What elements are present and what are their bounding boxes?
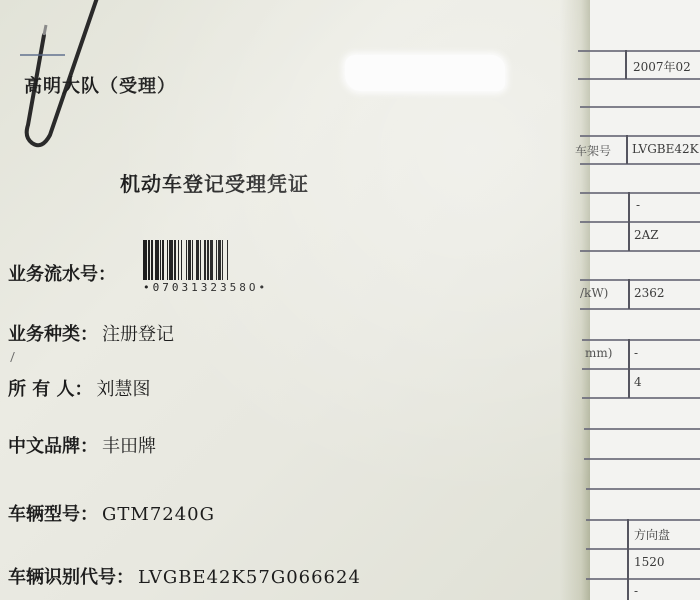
vin-label: 车辆识别代号： (8, 567, 134, 588)
form-rule (586, 578, 700, 580)
field-vin: 车辆识别代号：LVGBE42K57G066624 (8, 563, 361, 589)
serial-label: 业务流水号： (8, 264, 116, 285)
form-rule (584, 458, 700, 460)
form-rule (578, 78, 700, 80)
form-value-count: 4 (634, 375, 642, 389)
form-divider (628, 279, 630, 309)
paper-edge-shadow (560, 0, 590, 600)
form-divider (628, 192, 630, 251)
form-rule (580, 106, 700, 108)
barcode-icon (143, 240, 308, 280)
form-rule (582, 397, 700, 399)
model-value: GTM7240G (102, 504, 215, 525)
document-title: 机动车登记受理凭证 (120, 168, 309, 197)
underlying-form-sheet (590, 0, 700, 600)
form-value-dimension: - (634, 346, 638, 360)
form-rule (586, 548, 700, 550)
form-value-engine-model: 2AZ (634, 228, 659, 242)
form-divider (628, 339, 630, 398)
form-rule (580, 135, 700, 137)
form-divider (625, 50, 627, 79)
form-divider (627, 519, 629, 600)
form-value-displacement: 2362 (634, 286, 665, 300)
brand-label: 中文品牌： (8, 436, 98, 457)
form-rule (580, 250, 700, 252)
form-value-frame-number: LVGBE42K (632, 142, 699, 156)
owner-label: 所 有 人： (8, 379, 93, 400)
field-business-type: 业务种类：注册登记 (8, 320, 174, 346)
model-label: 车辆型号： (8, 504, 98, 525)
form-rule (586, 519, 700, 521)
field-vehicle-model: 车辆型号：GTM7240G (8, 500, 215, 526)
form-rule (582, 368, 700, 370)
registration-receipt: 高明大队（受理） 机动车登记受理凭证 业务流水号： •0703132358O• … (0, 0, 590, 600)
form-rule (580, 279, 700, 281)
barcode-digits: •0703132358O• (143, 281, 308, 294)
form-value-registration-date: 2007年02 (633, 58, 691, 75)
form-value-wheelbase: 1520 (634, 555, 665, 569)
field-brand: 中文品牌：丰田牌 (8, 432, 156, 458)
form-rule (584, 428, 700, 430)
form-value-blank-2: - (634, 584, 638, 598)
redacted-area (345, 55, 505, 91)
form-divider (626, 135, 628, 164)
form-rule (580, 308, 700, 310)
form-rule (586, 488, 700, 490)
form-rule (582, 339, 700, 341)
form-rule (580, 221, 700, 223)
serial-barcode: •0703132358O• (143, 240, 308, 294)
field-serial-number: 业务流水号： (8, 260, 116, 286)
business-type-label: 业务种类： (8, 324, 98, 345)
owner-value: 刘慧图 (97, 379, 151, 400)
vin-value: LVGBE42K57G066624 (138, 567, 361, 588)
form-label-frame-number: 车架号 (575, 142, 611, 159)
form-rule (580, 192, 700, 194)
form-rule (580, 163, 700, 165)
form-value-steering: 方向盘 (634, 526, 670, 543)
brand-value: 丰田牌 (102, 436, 156, 457)
form-value-blank: - (636, 198, 640, 212)
business-type-value: 注册登记 (102, 324, 174, 345)
form-label-dimension: mm) (585, 346, 612, 360)
field-owner: 所 有 人：刘慧图 (8, 375, 151, 401)
pen-mark (10, 352, 18, 362)
form-label-displacement-power: /kW) (580, 286, 608, 300)
department-name: 高明大队（受理） (24, 72, 176, 98)
form-rule (578, 50, 700, 52)
